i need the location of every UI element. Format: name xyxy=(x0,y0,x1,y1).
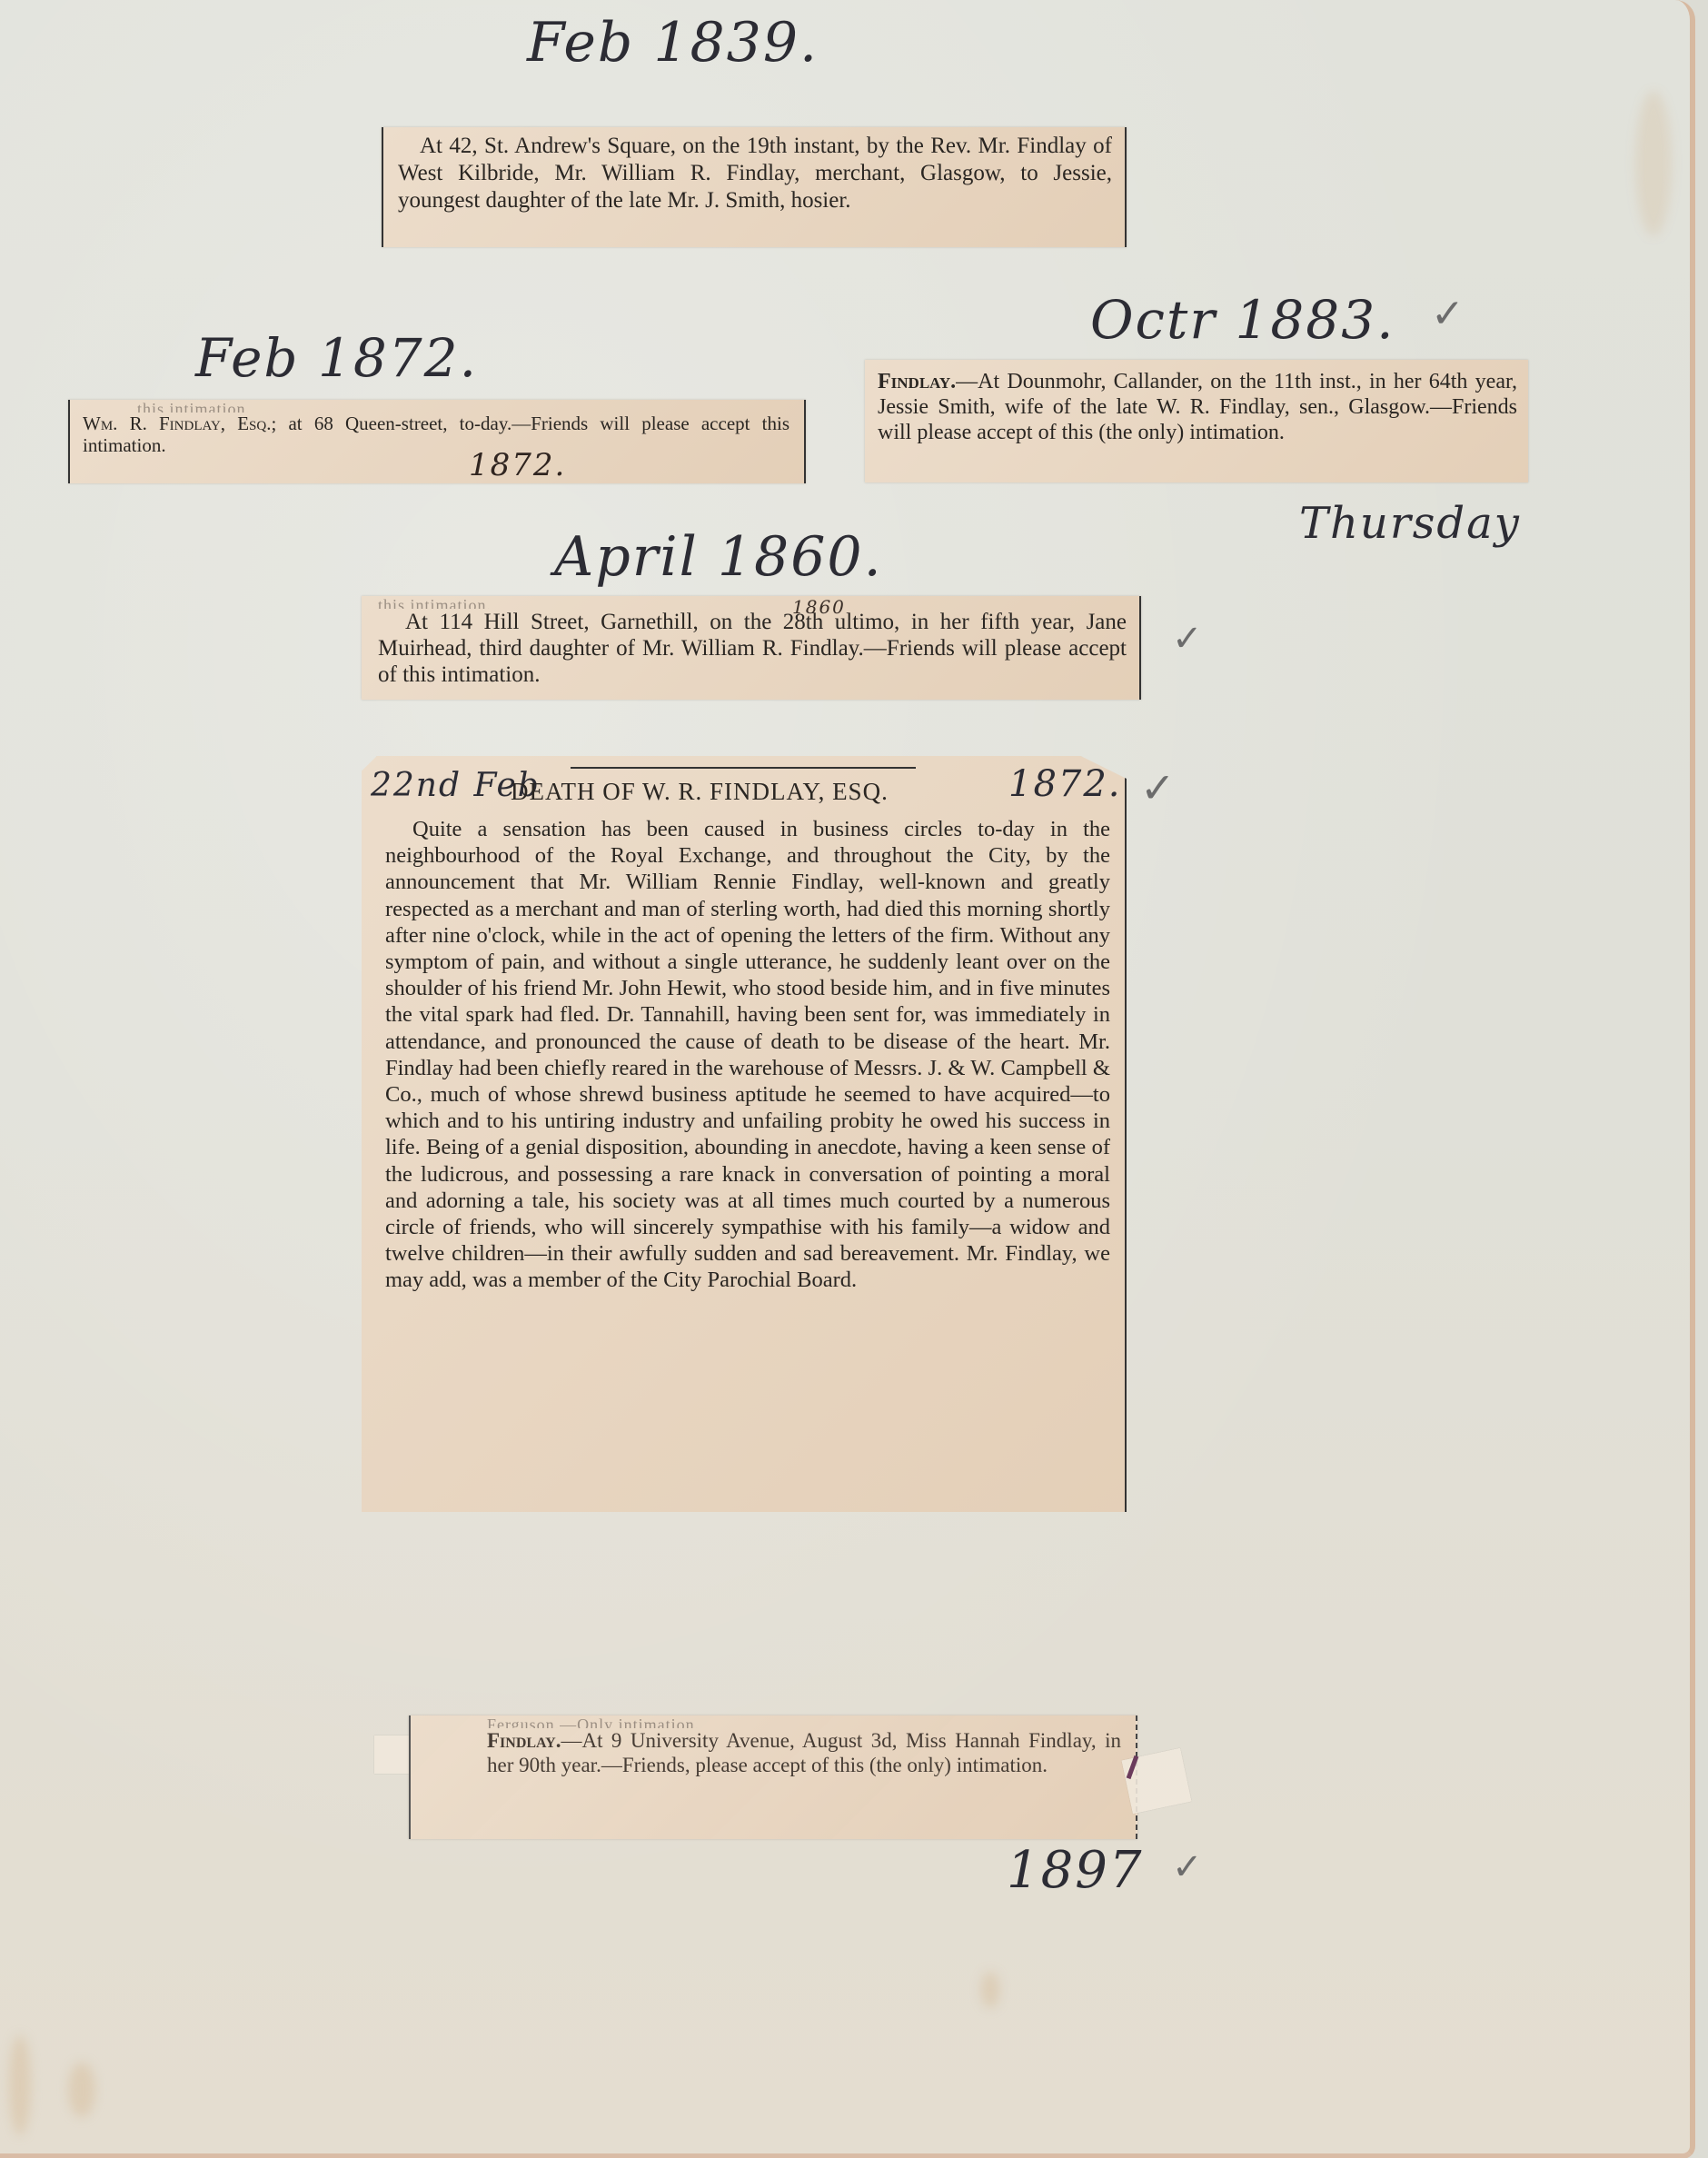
obituary-body: Quite a sensation has been caused in bus… xyxy=(376,816,1110,1294)
margin-note: Thursday xyxy=(1299,498,1521,549)
margin-note: 1860 xyxy=(792,596,846,618)
handwritten-date: April 1860. xyxy=(554,525,883,589)
clipping-fragment: this intimation. xyxy=(137,400,789,413)
clipping-death-hannah-1897: Ferguson.—Only intimation. Findlay.—At 9… xyxy=(409,1715,1137,1839)
clipping-obituary-1872: 22nd Feb DEATH OF W. R. FINDLAY, ESQ. 18… xyxy=(362,756,1127,1512)
handwritten-date: Octr 1883. xyxy=(1090,289,1395,351)
handwritten-date: 1897 xyxy=(1007,1841,1144,1900)
clipping-death-notice-1872: this intimation. Wm. R. Findlay, Esq.; a… xyxy=(68,400,806,483)
clipping-death-jane-1860: this intimation. At 114 Hill Street, Gar… xyxy=(362,596,1141,700)
checkmark-icon: ✓ xyxy=(1172,1846,1203,1888)
clipping-lead: Wm. R. Findlay, Esq. xyxy=(83,413,271,434)
scrapbook-page: Feb 1839. At 42, St. Andrew's Square, on… xyxy=(0,0,1695,2158)
hinge-tape xyxy=(1121,1748,1191,1814)
clipping-body: —At 9 University Avenue, August 3d, Miss… xyxy=(487,1729,1121,1776)
clipping-fragment: Ferguson.—Only intimation. xyxy=(487,1715,1121,1728)
obituary-header: 22nd Feb DEATH OF W. R. FINDLAY, ESQ. 18… xyxy=(376,774,1110,810)
clipping-lead: Findlay. xyxy=(878,370,956,393)
clipping-lead: Findlay. xyxy=(487,1729,561,1752)
clipping-text: At 42, St. Andrew's Square, on the 19th … xyxy=(398,133,1112,214)
foxing-stain xyxy=(68,2063,95,2117)
foxing-stain xyxy=(1635,91,1672,236)
handwritten-date: Feb 1872. xyxy=(195,327,478,389)
checkmark-icon: ✓ xyxy=(1431,291,1465,337)
handwritten-year: 1872. xyxy=(1008,763,1122,805)
clipping-death-jessie-1883: Findlay.—At Dounmohr, Callander, on the … xyxy=(865,360,1528,482)
clipping-text: Findlay.—At Dounmohr, Callander, on the … xyxy=(878,369,1517,445)
obituary-headline: DEATH OF W. R. FINDLAY, ESQ. xyxy=(511,778,889,806)
clipping-body: —At Dounmohr, Callander, on the 11th ins… xyxy=(878,370,1517,444)
rule xyxy=(571,767,916,769)
clipping-text: Wm. R. Findlay, Esq.; at 68 Queen-street… xyxy=(83,413,789,456)
foxing-stain xyxy=(981,1972,999,2008)
clipping-marriage-1839: At 42, St. Andrew's Square, on the 19th … xyxy=(382,127,1127,247)
clipping-text: At 114 Hill Street, Garnethill, on the 2… xyxy=(378,609,1127,688)
clipping-fragment: this intimation. xyxy=(378,596,1127,609)
handwritten-date: Feb 1839. xyxy=(527,11,819,75)
margin-note: 1872. xyxy=(469,447,566,483)
checkmark-icon: ✓ xyxy=(1140,763,1176,812)
checkmark-icon: ✓ xyxy=(1172,618,1203,660)
clipping-text: Findlay.—At 9 University Avenue, August … xyxy=(487,1728,1121,1777)
foxing-stain xyxy=(9,2035,31,2135)
